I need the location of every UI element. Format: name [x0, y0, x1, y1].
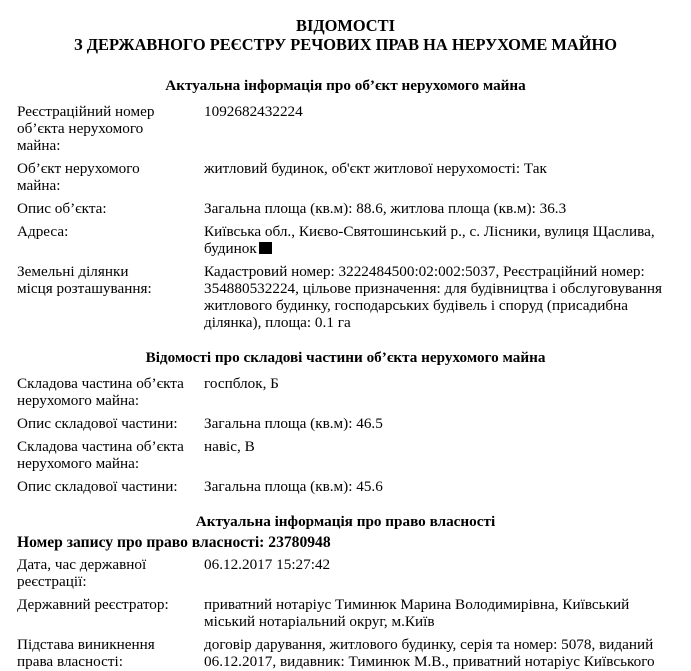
ownership-section-heading: Актуальна інформація про право власності: [0, 513, 691, 530]
redacted-house-number: [259, 242, 272, 254]
ownership-row-registration-date: Дата, час державної реєстрації: 06.12.20…: [0, 556, 691, 590]
document-title-line2: З ДЕРЖАВНОГО РЕЄСТРУ РЕЧОВИХ ПРАВ НА НЕР…: [0, 35, 691, 54]
row-label: Державний реєстратор:: [17, 596, 204, 630]
object-section-heading: Актуальна інформація про об’єкт нерухомо…: [0, 77, 691, 94]
document-title-line1: ВІДОМОСТІ: [0, 16, 691, 35]
row-value: Загальна площа (кв.м): 88.6, житлова пло…: [204, 200, 669, 217]
row-label: Дата, час державної реєстрації:: [17, 556, 167, 590]
object-row-type: Об’єкт нерухомого майна: житловий будино…: [0, 160, 691, 194]
row-value: договір дарування, житлового будинку, се…: [204, 636, 669, 670]
row-value: житловий будинок, об'єкт житлової нерухо…: [204, 160, 669, 194]
row-value: Київська обл., Києво-Святошинський р., с…: [204, 223, 669, 257]
ownership-record-number: Номер запису про право власності: 237809…: [0, 534, 691, 552]
row-label: Реєстраційний номер об’єкта нерухомого м…: [17, 103, 167, 154]
row-label: Складова частина об’єкта нерухомого майн…: [17, 375, 204, 409]
row-label: Підстава виникнення права власності:: [17, 636, 167, 670]
row-label: Земельні ділянки місця розташування:: [17, 263, 167, 331]
document-title: ВІДОМОСТІ З ДЕРЖАВНОГО РЕЄСТРУ РЕЧОВИХ П…: [0, 16, 691, 54]
parts-row-component: Складова частина об’єкта нерухомого майн…: [0, 375, 691, 409]
object-row-land-plots: Земельні ділянки місця розташування: Кад…: [0, 263, 691, 331]
row-label: Опис об’єкта:: [17, 200, 204, 217]
parts-row-component: Складова частина об’єкта нерухомого майн…: [0, 438, 691, 472]
object-row-registration-number: Реєстраційний номер об’єкта нерухомого м…: [0, 103, 691, 154]
row-value: 1092682432224: [204, 103, 669, 154]
row-value: Загальна площа (кв.м): 46.5: [204, 415, 669, 432]
row-label: Складова частина об’єкта нерухомого майн…: [17, 438, 204, 472]
row-value: госпблок, Б: [204, 375, 669, 409]
parts-row-component-description: Опис складової частини: Загальна площа (…: [0, 478, 691, 495]
ownership-row-basis: Підстава виникнення права власності: дог…: [0, 636, 691, 670]
row-value: приватний нотаріус Тиминюк Марина Володи…: [204, 596, 669, 630]
registry-extract-document: ВІДОМОСТІ З ДЕРЖАВНОГО РЕЄСТРУ РЕЧОВИХ П…: [0, 0, 691, 670]
row-value: навіс, В: [204, 438, 669, 472]
row-value: 06.12.2017 15:27:42: [204, 556, 669, 590]
parts-row-component-description: Опис складової частини: Загальна площа (…: [0, 415, 691, 432]
row-value: Загальна площа (кв.м): 45.6: [204, 478, 669, 495]
object-row-address: Адреса: Київська обл., Києво-Святошинськ…: [0, 223, 691, 257]
parts-section-heading: Відомості про складові частини об’єкта н…: [0, 349, 691, 366]
row-label: Опис складової частини:: [17, 478, 204, 495]
ownership-row-registrar: Державний реєстратор: приватний нотаріус…: [0, 596, 691, 630]
row-label: Адреса:: [17, 223, 204, 257]
row-value: Кадастровий номер: 3222484500:02:002:503…: [204, 263, 669, 331]
row-label: Об’єкт нерухомого майна:: [17, 160, 167, 194]
row-label: Опис складової частини:: [17, 415, 204, 432]
object-row-description: Опис об’єкта: Загальна площа (кв.м): 88.…: [0, 200, 691, 217]
